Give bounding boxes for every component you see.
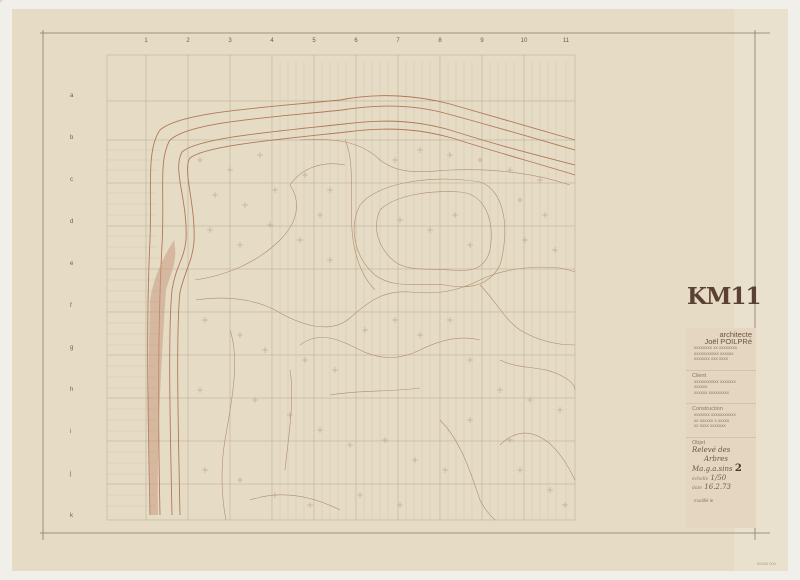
column-number: 3 [228,38,231,44]
column-number: 9 [480,38,483,44]
architect-name: Joël POILPRé [686,338,756,345]
archive-stamp: 00000 000 [757,561,776,566]
construction-line: xx xxxx xxxxxxx [686,423,756,429]
column-number: 5 [312,38,315,44]
scale-row: échelle 1/50 [686,474,756,483]
modification-label: modifié le [686,498,756,504]
contour-lines [195,139,575,520]
address-line: xxxxxxx xxx xxxx [686,356,756,362]
row-letter: a [70,93,73,99]
tree-markers [0,0,568,508]
row-letter: j [70,471,71,477]
column-number: 11 [563,38,569,44]
column-number: 10 [521,38,528,44]
title-block: architecte Joël POILPRé xxxxxxxx xx xxxx… [686,328,756,528]
row-letter: c [70,177,73,183]
object-handwritten: Arbres [686,455,756,464]
object-handwritten: Relevé des [686,446,756,455]
row-letter: k [70,513,73,519]
row-letter: h [70,387,73,393]
row-letter: f [70,303,72,309]
construction-label: Construction [686,403,756,412]
client-label: Client [686,370,756,379]
row-letter: i [70,429,71,435]
column-number: 8 [438,38,441,44]
sheet-number: 2 [735,463,742,474]
row-letter: d [70,219,73,225]
date-value: 16.2.73 [704,483,731,491]
sheet-code: KM11 [687,283,760,310]
client-line: xxxxxx xxxxxxxxx [686,390,756,396]
site-plan-drawing [0,0,800,580]
scale-label: échelle [692,477,708,482]
column-number: 6 [354,38,357,44]
object-handwritten-line: Ma.g.a.sins 2 [686,464,756,474]
column-number: 2 [186,38,189,44]
row-letter: b [70,135,73,141]
column-number: 4 [270,38,273,44]
row-letter: e [70,261,73,267]
scale-value: 1/50 [711,474,727,482]
perimeter-road [148,96,575,515]
column-number: 1 [144,38,147,44]
date-row: date 16.2.73 [686,483,756,492]
date-label: date [692,486,702,491]
column-number: 7 [396,38,399,44]
row-letter: g [70,345,73,351]
object-label: Objet [686,437,756,446]
object-handwritten: Ma.g.a.sins [692,465,733,473]
